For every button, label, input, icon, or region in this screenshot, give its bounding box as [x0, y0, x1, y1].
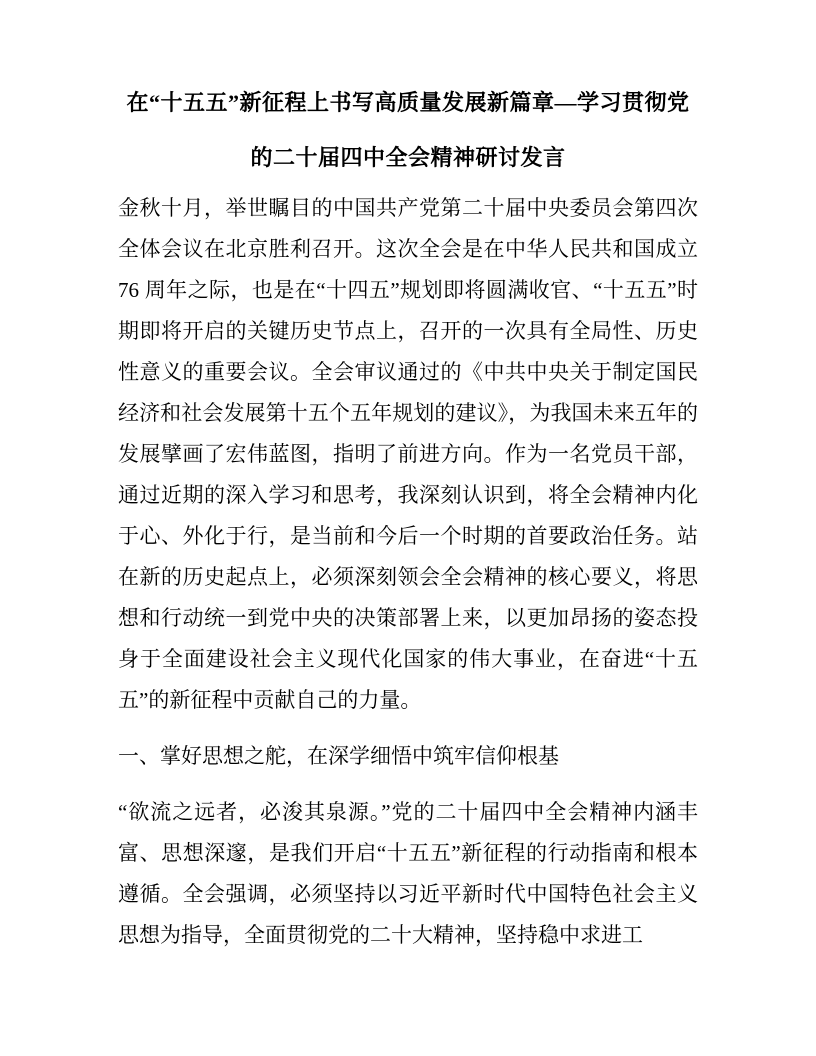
- section-heading-1: 一、掌好思想之舵，在深学细悟中筑牢信仰根基: [118, 736, 698, 777]
- document-title: 在“十五五”新征程上书写高质量发展新篇章—学习贯彻党的二十届四中全会精神研讨发言: [118, 75, 698, 185]
- paragraph-1: 金秋十月，举世瞩目的中国共产党第二十届中央委员会第四次全体会议在北京胜利召开。这…: [118, 188, 698, 721]
- paragraph-2: “欲流之远者，必浚其泉源。”党的二十届四中全会精神内涵丰富、思想深邃，是我们开启…: [118, 792, 698, 956]
- document-page: 在“十五五”新征程上书写高质量发展新篇章—学习贯彻党的二十届四中全会精神研讨发言…: [0, 0, 816, 1056]
